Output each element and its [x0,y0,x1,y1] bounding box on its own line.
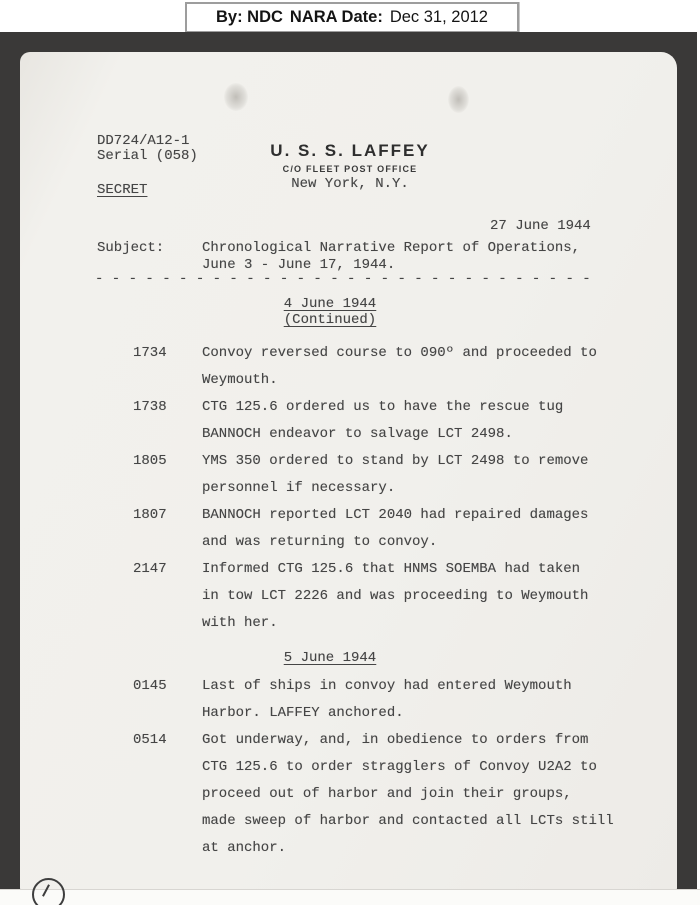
entry-text: Convoy reversed course to 090º and proce… [202,340,615,394]
entry-text: CTG 125.6 ordered us to have the rescue … [202,394,615,448]
entry-line: personnel if necessary. [202,475,615,502]
file-number: DD724/A12-1 [97,134,198,149]
log-entry: 0145 Last of ships in convoy had entered… [133,673,615,727]
entry-text: BANNOCH reported LCT 2040 had repaired d… [202,502,615,556]
serial-number: Serial (058) [97,149,198,164]
letterhead-center-block: U. S. S. LAFFEY C/O FLEET POST OFFICE Ne… [250,141,450,192]
heading-line: (Continued) [230,312,430,328]
entry-line: made sweep of harbor and contacted all L… [202,808,615,835]
entry-time: 1807 [133,502,202,556]
subject-line: Chronological Narrative Report of Operat… [202,240,580,257]
city-line: New York, N.Y. [250,176,450,192]
entry-line: Got underway, and, in obedience to order… [202,727,615,754]
heading-line: 5 June 1944 [230,650,430,666]
heading-line: 4 June 1944 [230,296,430,312]
subject-label: Subject: [97,240,164,256]
stamp-by-label: By: NDC [216,8,283,27]
letterhead-file-block: DD724/A12-1 Serial (058) [97,134,198,164]
entry-time: 1738 [133,394,202,448]
section-heading-4-june: 4 June 1944 (Continued) [230,296,430,328]
log-entry: 1738 CTG 125.6 ordered us to have the re… [133,394,615,448]
ship-name: U. S. S. LAFFEY [250,141,450,161]
entry-line: in tow LCT 2226 and was proceeding to We… [202,583,615,610]
entry-line: Informed CTG 125.6 that HNMS SOEMBA had … [202,556,615,583]
entry-line: Weymouth. [202,367,615,394]
screenshot-root: By: NDC NARA Date: Dec 31, 2012 DD724/A1… [0,0,700,905]
stamp-date-value: Dec 31, 2012 [390,8,488,27]
entry-text: YMS 350 ordered to stand by LCT 2498 to … [202,448,615,502]
entry-text: Got underway, and, in obedience to order… [202,727,615,862]
paper-bottom-edge [0,889,700,905]
entry-line: and was returning to convoy. [202,529,615,556]
section-heading-5-june: 5 June 1944 [230,650,430,666]
entry-text: Informed CTG 125.6 that HNMS SOEMBA had … [202,556,615,637]
classification-label: SECRET [97,182,147,198]
entry-time: 2147 [133,556,202,637]
entry-time: 1805 [133,448,202,502]
nara-declassification-stamp: By: NDC NARA Date: Dec 31, 2012 [185,2,519,33]
log-entry: 1805 YMS 350 ordered to stand by LCT 249… [133,448,615,502]
dashed-separator: - - - - - - - - - - - - - - - - - - - - … [95,271,591,287]
entry-line: proceed out of harbor and join their gro… [202,781,615,808]
entry-line: CTG 125.6 to order stragglers of Convoy … [202,754,615,781]
entry-line: Harbor. LAFFEY anchored. [202,700,615,727]
log-entry: 0514 Got underway, and, in obedience to … [133,727,615,862]
entry-time: 0145 [133,673,202,727]
entry-line: BANNOCH endeavor to salvage LCT 2498. [202,421,615,448]
entry-line: with her. [202,610,615,637]
stamp-date-label: NARA Date: [290,8,383,27]
log-entry: 1734 Convoy reversed course to 090º and … [133,340,615,394]
fastener-mark-left [224,83,248,111]
partial-circle-stamp [32,878,65,905]
entry-line: BANNOCH reported LCT 2040 had repaired d… [202,502,615,529]
entry-text: Last of ships in convoy had entered Weym… [202,673,615,727]
entry-time: 0514 [133,727,202,862]
entry-line: Convoy reversed course to 090º and proce… [202,340,615,367]
log-entry: 2147 Informed CTG 125.6 that HNMS SOEMBA… [133,556,615,637]
entry-line: CTG 125.6 ordered us to have the rescue … [202,394,615,421]
chronological-log: 4 June 1944 (Continued) 1734 Convoy reve… [133,296,615,862]
entry-line: at anchor. [202,835,615,862]
subject-text: Chronological Narrative Report of Operat… [202,240,580,274]
entry-line: Last of ships in convoy had entered Weym… [202,673,615,700]
fleet-post-office-line: C/O FLEET POST OFFICE [250,164,450,174]
entry-time: 1734 [133,340,202,394]
document-date: 27 June 1944 [490,218,591,234]
fastener-mark-right [448,86,469,113]
log-entry: 1807 BANNOCH reported LCT 2040 had repai… [133,502,615,556]
entry-line: YMS 350 ordered to stand by LCT 2498 to … [202,448,615,475]
